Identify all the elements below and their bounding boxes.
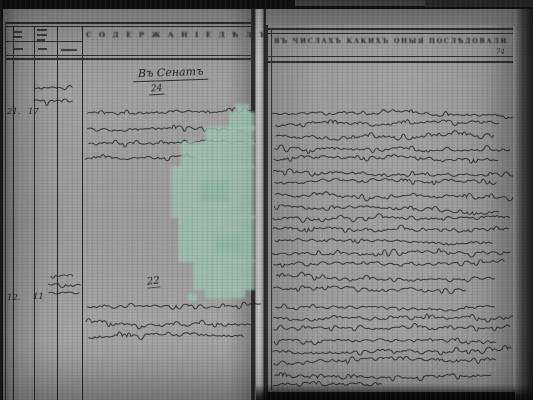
table-rule: [5, 58, 252, 60]
entry1-number-a: 21.: [7, 107, 21, 117]
green-stain: [188, 294, 197, 301]
page-content-layer: [0, 0, 533, 400]
photo-top-shadow: [0, 0, 533, 9]
column-header-mark: [14, 36, 22, 38]
column-header-mark: [37, 34, 47, 36]
table-rule: [266, 28, 515, 30]
photo-right-shadow: [515, 9, 533, 400]
handwriting-block: [85, 297, 255, 343]
table-rule: [267, 33, 514, 34]
column-header-mark: [14, 48, 23, 50]
page-number: 74: [496, 48, 505, 56]
column-header-mark: [37, 29, 47, 31]
photo-left-shadow: [0, 0, 3, 400]
column-header-mark: [37, 39, 45, 41]
green-stain: [215, 235, 241, 253]
entry2-number-b: 11: [33, 292, 44, 302]
table-rule: [267, 61, 514, 63]
handwriting-block: [272, 106, 514, 292]
table-rule: [5, 41, 82, 42]
table-rule: [13, 26, 14, 400]
archival-document-photo: С О Д Е Р Ж А Н І Е Д Ѣ Л Ъ ВЪ ЧИСЛАХЪ К…: [0, 0, 533, 400]
table-rule: [267, 56, 514, 57]
table-rule: [5, 22, 6, 400]
green-stain: [200, 180, 230, 202]
table-rule: [5, 26, 252, 27]
entry1-number-b: 17: [28, 107, 39, 117]
handwriting-block: [272, 299, 512, 391]
green-stain: [193, 260, 255, 290]
table-rule: [5, 22, 252, 24]
entry2-margin-mark: 22: [146, 275, 160, 288]
right-column-header: ВЪ ЧИСЛАХЪ КАКИХЪ ОНЫЯ ПОСЛѢДОВАЛИ: [274, 37, 506, 45]
column-header-mark: [38, 48, 47, 50]
table-rule: [266, 25, 268, 392]
section-heading-v-senat: Въ Сенатъ: [133, 65, 209, 83]
top-shadow-patch: [425, 0, 533, 7]
table-rule: [82, 26, 83, 400]
handwriting-block: [47, 270, 77, 297]
entry2-number-a: 12.: [7, 293, 21, 303]
green-stain: [205, 288, 245, 298]
left-column-header: С О Д Е Р Ж А Н І Е Д Ѣ Л Ъ: [86, 31, 250, 39]
handwriting-block: [30, 80, 74, 106]
column-header-mark: [14, 31, 22, 33]
photo-bottom-shadow: [256, 384, 533, 400]
table-rule: [5, 55, 252, 56]
section-number: 24: [149, 83, 165, 95]
top-shadow-patch: [295, 0, 425, 6]
column-header-mark: [61, 49, 77, 51]
green-stain: [181, 142, 255, 168]
